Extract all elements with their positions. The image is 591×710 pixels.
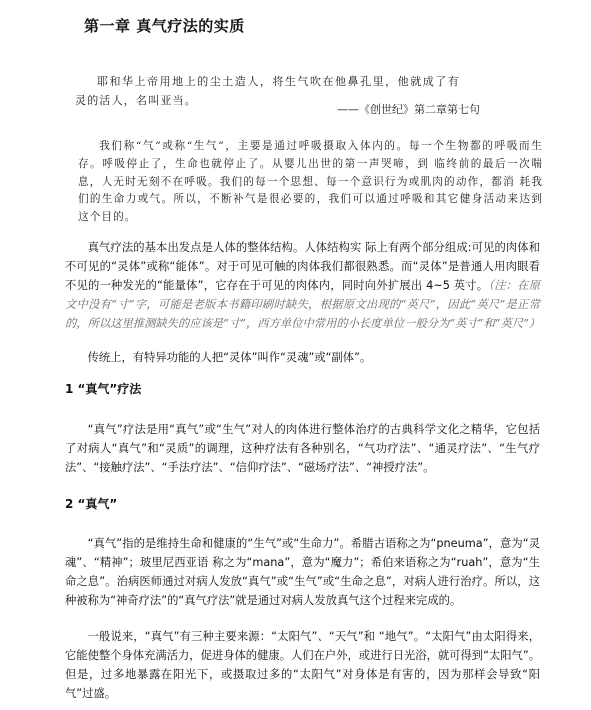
document-page: 第一章 真气疗法的实质 耶和华上帝用地上的尘土造人，将生气吹在他鼻孔里，他就成了… xyxy=(0,0,591,710)
section-2-paragraph-1: “真气”指的是维持生命和健康的“生气”或“生命力”。希腊古语称之为“pneuma… xyxy=(65,534,540,610)
epigraph-attribution: ——《创世纪》第二章第七句 xyxy=(337,101,480,117)
chapter-title: 第一章 真气疗法的实质 xyxy=(84,15,245,36)
body-paragraph-tradition: 传统上，有特异功能的人把“灵体”叫作“灵魂”或“副体”。 xyxy=(65,348,540,367)
body-paragraph-structure-text: 真气疗法的基本出发点是人体的整体结构。人体结构实 际上有两个部分组成:可见的肉体… xyxy=(65,241,540,292)
section-1-heading: 1 “真气”疗法 xyxy=(65,380,141,397)
body-paragraph-structure: 真气疗法的基本出发点是人体的整体结构。人体结构实 际上有两个部分组成:可见的肉体… xyxy=(65,238,540,333)
intro-paragraph: 我们称“气”或称“生气”，主要是通过呼吸摄取入体内的。每一个生物都的呼吸而生存。… xyxy=(78,138,543,227)
section-2-paragraph-2: 一般说来，“真气”有三种主要来源：“太阳气”、“天气”和 “地气”。“太阳气”由… xyxy=(65,627,540,703)
section-1-paragraph: “真气”疗法是用“真气”或“生气”对人的肉体进行整体治疗的古典科学文化之精华，它… xyxy=(65,420,540,477)
section-2-heading: 2 “真气” xyxy=(65,495,117,512)
